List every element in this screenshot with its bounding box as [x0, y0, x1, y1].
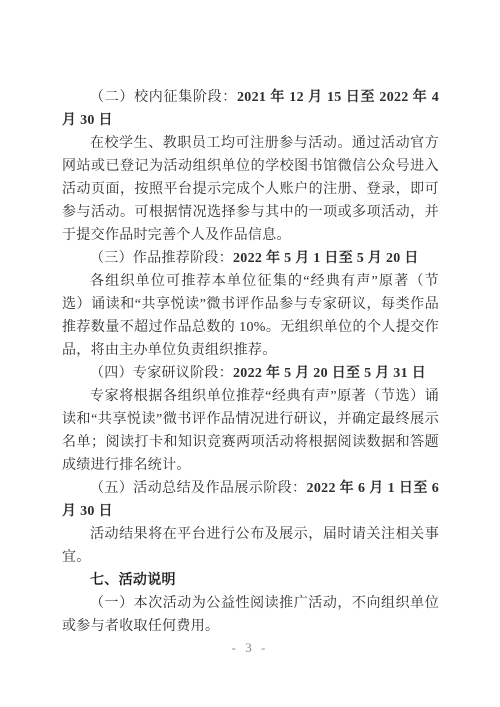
stage-heading-dates: 2022 年 5 月 20 日至 5 月 31 日	[233, 366, 426, 381]
page-number: - 3 -	[0, 640, 500, 656]
stage-heading-work-recommendation: （三）作品推荐阶段：2022 年 5 月 1 日至 5 月 20 日	[62, 247, 439, 270]
body-paragraph-review-process: 专家将根据各组织单位推荐“经典有声”原著（节选）诵读和“共享悦读”微书评作品情况…	[62, 385, 439, 477]
stage-heading-expert-review: （四）专家研议阶段：2022 年 5 月 20 日至 5 月 31 日	[62, 362, 439, 385]
document-content: （二）校内征集阶段：2021 年 12 月 15 日至 2022 年 4 月 3…	[62, 86, 439, 638]
stage-heading-dates: 2022 年 5 月 1 日至 5 月 20 日	[233, 251, 419, 266]
stage-heading-campus-collection: （二）校内征集阶段：2021 年 12 月 15 日至 2022 年 4 月 3…	[62, 86, 439, 132]
stage-heading-label: （二）校内征集阶段：	[90, 90, 237, 105]
stage-heading-label: （三）作品推荐阶段：	[90, 251, 233, 266]
body-paragraph-registration: 在校学生、教职员工均可注册参与活动。通过活动官方网站或已登记为活动组织单位的学校…	[62, 132, 439, 247]
document-page: （二）校内征集阶段：2021 年 12 月 15 日至 2022 年 4 月 3…	[0, 0, 500, 707]
stage-heading-label: （四）专家研议阶段：	[90, 366, 233, 381]
body-paragraph-recommendation-rules: 各组织单位可推荐本单位征集的“经典有声”原著（节选）诵读和“共享悦读”微书评作品…	[62, 270, 439, 362]
section-heading-activity-notes: 七、活动说明	[62, 569, 439, 592]
body-paragraph-free-of-charge: （一）本次活动为公益性阅读推广活动，不向组织单位或参与者收取任何费用。	[62, 592, 439, 638]
body-paragraph-results-announcement: 活动结果将在平台进行公布及展示，届时请关注相关事宜。	[62, 523, 439, 569]
stage-heading-label: （五）活动总结及作品展示阶段：	[90, 481, 307, 496]
stage-heading-summary-exhibition: （五）活动总结及作品展示阶段：2022 年 6 月 1 日至 6 月 30 日	[62, 477, 439, 523]
